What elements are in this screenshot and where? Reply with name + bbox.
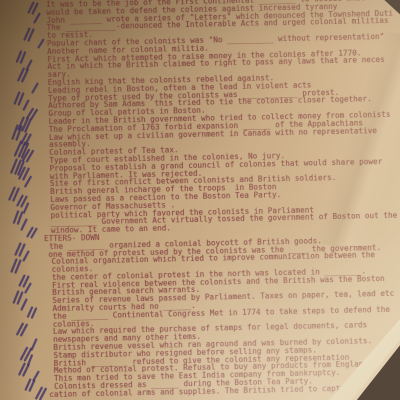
pen-check-mark <box>33 12 40 23</box>
pen-check-mark <box>22 250 29 261</box>
pen-check-mark <box>20 298 27 310</box>
document-photo: It was to be the job of the First Contin… <box>0 0 400 400</box>
typed-text-block: It was to be the job of the First Contin… <box>46 0 400 399</box>
pen-check-mark <box>22 99 29 110</box>
pen-check-mark <box>37 38 44 48</box>
pen-check-mark <box>23 202 29 214</box>
pen-check-mark <box>31 82 38 93</box>
pen-check-mark <box>20 218 27 230</box>
